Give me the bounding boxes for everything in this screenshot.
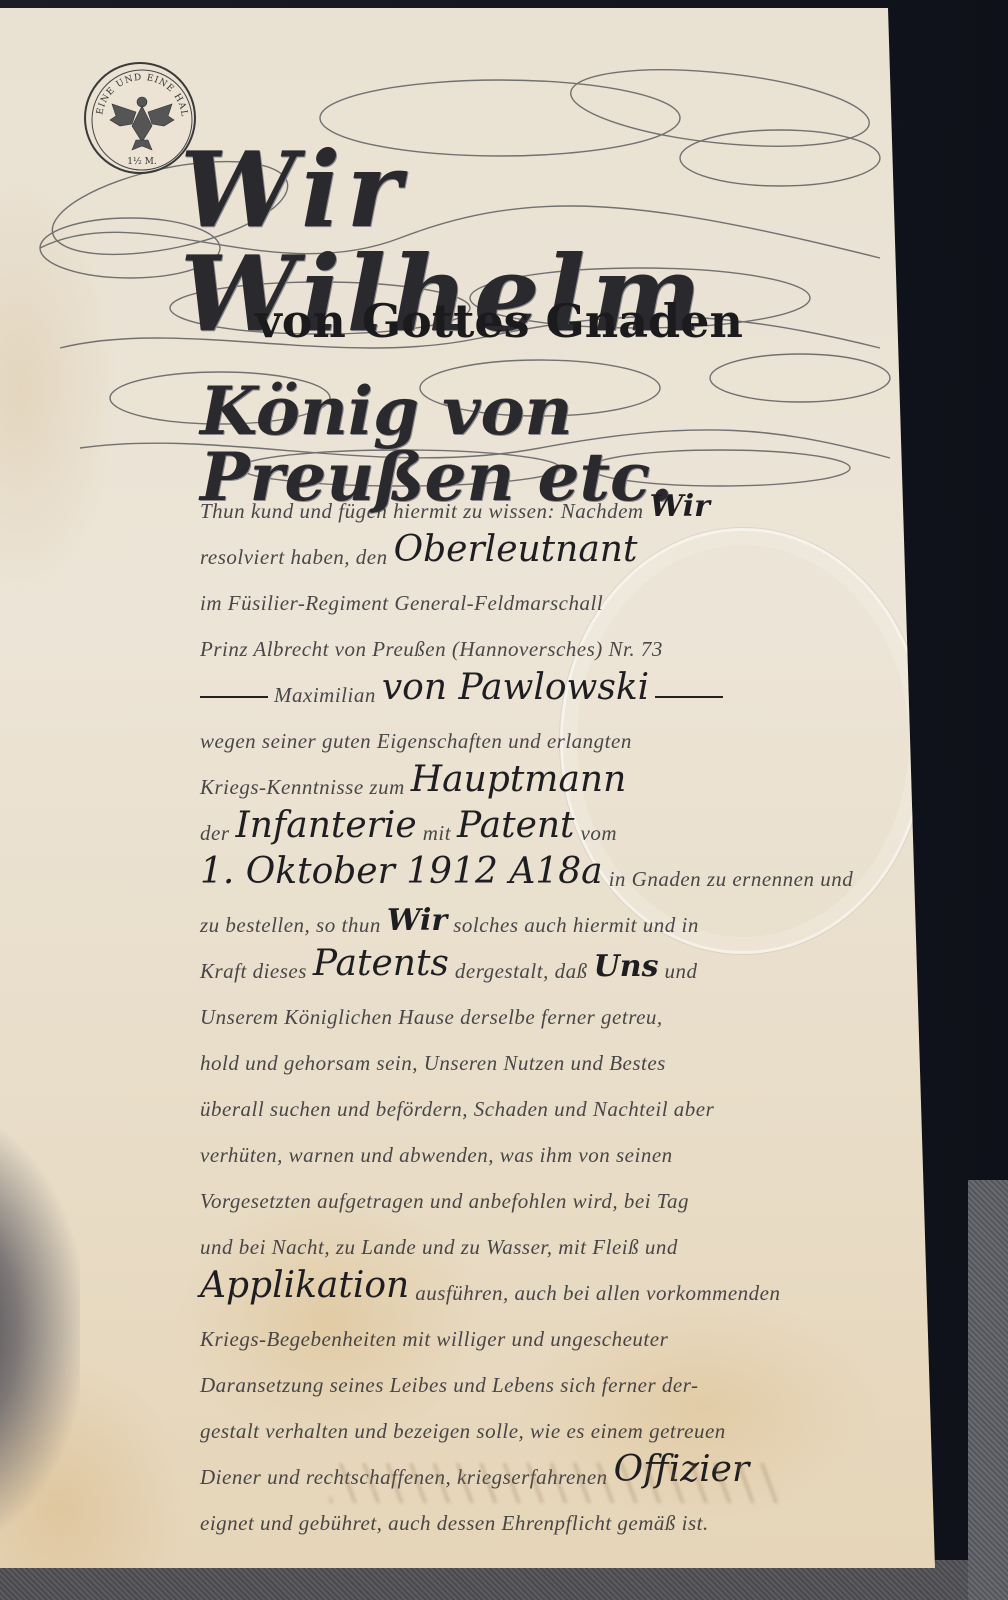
text-fragment: vom [581,821,618,846]
text-fragment: hold und gehorsam sein, Unseren Nutzen u… [200,1051,666,1076]
text-fragment: und [664,959,697,984]
text-line: 1. Oktober 1912 A18ain Gnaden zu ernenne… [200,846,900,892]
text-fragment: Vorgesetzten aufgetragen und anbefohlen … [200,1189,689,1214]
text-fragment: wegen seiner guten Eigenschaften und erl… [200,729,632,754]
heading-divine-right: von Gottes Gnaden [255,298,755,344]
text-fragment: eignet und gebühret, auch dessen Ehrenpf… [200,1511,709,1536]
text-line: im Füsilier-Regiment General-Feldmarscha… [200,570,900,616]
text-fragment: der [200,821,230,846]
text-fragment: ausführen, auch bei allen vorkommenden [415,1281,780,1306]
photo-scene: EINE UND EINE HALBE MARK 1½ M. Wir Wilhe… [0,0,1008,1600]
text-fragment: im Füsilier-Regiment General-Feldmarscha… [200,591,603,616]
text-fragment: Patent [457,805,575,846]
text-fragment: Unserem Königlichen Hause derselbe ferne… [200,1005,663,1030]
text-line: zu bestellen, so thunWirsolches auch hie… [200,892,900,938]
name-underline-dash [200,696,268,698]
text-fragment: Patents [313,943,449,984]
text-fragment: Diener und rechtschaffenen, kriegserfahr… [200,1465,608,1490]
text-line: und bei Nacht, zu Lande und zu Wasser, m… [200,1214,900,1260]
text-line: Thun kund und fügen hiermit zu wissen: N… [200,478,900,524]
text-line: Kriegs-Kenntnisse zumHauptmann [200,754,900,800]
text-fragment: Maximilian [274,683,376,708]
text-fragment: Applikation [200,1265,409,1306]
svg-text:1½ M.: 1½ M. [127,156,157,167]
name-underline-dash [655,696,723,698]
text-fragment: Hauptmann [411,759,627,800]
text-fragment: zu bestellen, so thun [200,913,381,938]
text-line: hold und gehorsam sein, Unseren Nutzen u… [200,1030,900,1076]
document-paper: EINE UND EINE HALBE MARK 1½ M. Wir Wilhe… [0,8,935,1568]
text-fragment: in Gnaden zu ernennen und [609,867,854,892]
text-line: Diener und rechtschaffenen, kriegserfahr… [200,1444,900,1490]
text-line: gestalt verhalten und bezeigen solle, wi… [200,1398,900,1444]
text-fragment: Uns [594,949,659,984]
text-line: Vorgesetzten aufgetragen und anbefohlen … [200,1168,900,1214]
text-line: verhüten, warnen und abwenden, was ihm v… [200,1122,900,1168]
text-fragment: solches auch hiermit und in [453,913,699,938]
text-line: Daransetzung seines Leibes und Lebens si… [200,1352,900,1398]
text-line: Kriegs-Begebenheiten mit williger und un… [200,1306,900,1352]
text-fragment: mit [423,821,451,846]
text-line: eignet und gebühret, auch dessen Ehrenpf… [200,1490,900,1536]
text-fragment: Daransetzung seines Leibes und Lebens si… [200,1373,698,1398]
text-line: derInfanteriemitPatentvom [200,800,900,846]
text-fragment: dergestalt, daß [455,959,588,984]
text-fragment: resolviert haben, den [200,545,388,570]
text-line: resolviert haben, denOberleutnant [200,524,900,570]
text-fragment: Prinz Albrecht von Preußen (Hannoversche… [200,637,663,662]
text-line: Unserem Königlichen Hause derselbe ferne… [200,984,900,1030]
text-fragment: Wir [387,903,447,938]
text-fragment: und bei Nacht, zu Lande und zu Wasser, m… [200,1235,678,1260]
text-line: Prinz Albrecht von Preußen (Hannoversche… [200,616,900,662]
text-line: überall suchen und befördern, Schaden un… [200,1076,900,1122]
text-fragment: Oberleutnant [394,529,638,570]
text-line: Applikationausführen, auch bei allen vor… [200,1260,900,1306]
text-fragment: verhüten, warnen und abwenden, was ihm v… [200,1143,673,1168]
text-fragment: Kriegs-Begebenheiten mit williger und un… [200,1327,668,1352]
text-fragment: überall suchen und befördern, Schaden un… [200,1097,714,1122]
text-line: wegen seiner guten Eigenschaften und erl… [200,708,900,754]
text-fragment: Wir [650,489,710,524]
text-line: Maximilianvon Pawlowski [200,662,900,708]
text-fragment: Kriegs-Kenntnisse zum [200,775,405,800]
text-fragment: 1. Oktober 1912 A18a [200,851,603,892]
text-fragment: von Pawlowski [382,667,649,708]
text-line: Kraft diesesPatentsdergestalt, daßUnsund [200,938,900,984]
text-fragment: Offizier [614,1449,750,1490]
text-fragment: Kraft dieses [200,959,307,984]
table-surface-right [968,1180,1008,1600]
text-fragment: Infanterie [236,805,417,846]
commission-body-text: Thun kund und fügen hiermit zu wissen: N… [200,478,900,1536]
text-fragment: Thun kund und fügen hiermit zu wissen: N… [200,499,644,524]
text-fragment: gestalt verhalten und bezeigen solle, wi… [200,1419,726,1444]
